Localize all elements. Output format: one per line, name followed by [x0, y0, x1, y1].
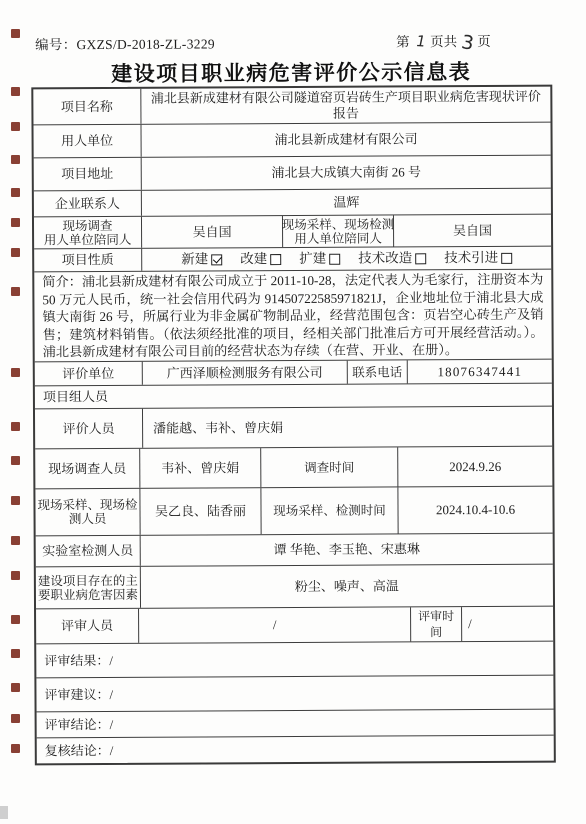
- red-square-mark-icon: [11, 218, 20, 227]
- table-row: 现场调查人员 韦补、曾庆娟 调查时间 2024.9.26: [35, 446, 552, 489]
- page-number-line: 第1页共3页: [396, 29, 491, 51]
- sampling-staff-label: 现场采样、现场检 测人员: [35, 489, 139, 536]
- option-tech-import: 技术引进: [444, 250, 512, 266]
- red-square-mark-icon: [11, 188, 20, 197]
- review-result-line: 评审结果：/: [36, 642, 553, 678]
- option-new-construction: 新建: [181, 251, 222, 267]
- table-row: 项目地址 浦北县大成镇大南街 26 号: [34, 155, 551, 191]
- survey-staff-value: 韦补、曾庆娟: [139, 448, 260, 488]
- survey-time-label: 调查时间: [260, 447, 397, 487]
- phone-value: 18076347441: [407, 360, 552, 384]
- table-row: 评价人员 潘能越、韦补、曾庆娟: [35, 406, 552, 449]
- option-tech-upgrade: 技术改造: [358, 250, 426, 266]
- table-row: 建设项目存在的主 要职业病危害因素 粉尘、噪声、高温: [36, 564, 553, 609]
- page-title: 建设项目职业病危害评价公示信息表: [0, 55, 584, 88]
- hazards-value: 粉尘、噪声、高温: [140, 565, 553, 608]
- survey-escort-label: 现场调查 用人单位陪同人: [34, 217, 141, 249]
- red-square-mark-icon: [11, 649, 20, 658]
- table-row: 评审建议：/: [36, 675, 553, 712]
- table-row: 实验室检测人员 谭 华艳、李玉艳、宋惠琳: [36, 533, 553, 567]
- red-square-mark-icon: [11, 29, 20, 38]
- company-intro-paragraph: 简介：浦北县新成建材有限公司成立于 2011-10-28，法定代表人为毛家行，注…: [34, 270, 551, 362]
- eval-staff-label: 评价人员: [35, 409, 142, 449]
- evaluator-value: 广西泽顺检测服务有限公司: [142, 361, 347, 385]
- red-square-mark-icon: [11, 456, 20, 465]
- red-square-mark-icon: [11, 248, 20, 257]
- page-mid: 页共: [430, 34, 457, 49]
- employer-label: 用人单位: [33, 125, 140, 158]
- review-staff-label: 评审人员: [36, 609, 138, 644]
- handwritten-page-number: 1: [414, 32, 427, 51]
- table-row: 项目名称 浦北县新成建材有限公司隧道窑页岩砖生产项目职业病危害现状评价报告: [33, 87, 550, 125]
- table-row: 评价单位 广西泽顺检测服务有限公司 联系电话 18076347441: [35, 359, 552, 386]
- sampling-time-value: 2024.10.4-10.6: [397, 487, 552, 534]
- red-square-mark-icon: [11, 287, 20, 296]
- checkbox-expand-icon: [329, 253, 340, 264]
- table-row: 评审结果：/: [36, 641, 553, 678]
- survey-time-value: 2024.9.26: [397, 447, 552, 487]
- red-square-mark-icon: [11, 714, 20, 723]
- evaluator-label: 评价单位: [35, 362, 142, 386]
- table-row: 现场调查 用人单位陪同人 吴自国 现场采样、现场检测 用人单位陪同人 吴自国: [34, 214, 551, 249]
- team-section-header: 项目组人员: [35, 384, 552, 409]
- address-value: 浦北县大成镇大南街 26 号: [141, 156, 551, 190]
- scanned-document-page: 编号：GXZS/D-2018-ZL-3229 第1页共3页 建设项目职业病危害评…: [0, 0, 586, 824]
- sampling-escort-value: 吴自国: [393, 215, 551, 247]
- contact-label: 企业联系人: [34, 191, 141, 217]
- survey-escort-value: 吴自国: [141, 216, 282, 248]
- red-square-mark-icon: [11, 87, 20, 96]
- red-square-mark-icon: [11, 744, 20, 753]
- project-nature-label: 项目性质: [34, 249, 141, 272]
- project-nature-options: 新建 改建 扩建 技术改造 技术引进: [141, 247, 551, 271]
- table-row: 用人单位 浦北县新成建材有限公司: [33, 122, 550, 158]
- recheck-conclusion-line: 复核结论：/: [37, 736, 554, 764]
- table-row: 项目组人员: [35, 383, 552, 409]
- red-square-mark-icon: [11, 683, 20, 692]
- checkbox-tech-import-icon: [501, 252, 512, 263]
- table-row: 企业联系人 温辉: [34, 188, 551, 217]
- hazards-label: 建设项目存在的主 要职业病危害因素: [36, 567, 140, 609]
- table-row: 评审人员 / 评审时间 /: [36, 606, 553, 644]
- review-time-value: /: [461, 607, 553, 641]
- page-prefix: 第: [396, 34, 410, 49]
- table-row: 简介：浦北县新成建材有限公司成立于 2011-10-28，法定代表人为毛家行，注…: [34, 269, 551, 362]
- table-row: 项目性质 新建 改建 扩建 技术改造 技术引进: [34, 246, 551, 272]
- checkbox-rebuild-icon: [270, 254, 281, 265]
- sampling-time-label: 现场采样、检测时间: [260, 487, 397, 534]
- red-square-mark-icon: [11, 536, 20, 545]
- option-rebuild: 改建: [240, 251, 281, 267]
- review-advice-line: 评审建议：/: [36, 676, 553, 712]
- sampling-staff-value: 吴乙良、陆香丽: [139, 488, 260, 535]
- sampling-escort-label: 现场采样、现场检测 用人单位陪同人: [282, 215, 393, 247]
- review-time-label: 评审时间: [410, 607, 461, 641]
- red-square-mark-icon: [11, 496, 20, 505]
- red-square-mark-icon: [11, 571, 20, 580]
- project-name-value: 浦北县新成建材有限公司隧道窑页岩砖生产项目职业病危害现状评价报告: [140, 87, 550, 124]
- review-conclusion-line: 评审结论：/: [37, 710, 554, 738]
- scan-corner-artifact: [0, 806, 8, 819]
- form-table: 项目名称 浦北县新成建材有限公司隧道窑页岩砖生产项目职业病危害现状评价报告 用人…: [31, 85, 556, 766]
- red-square-mark-icon: [11, 368, 20, 377]
- option-expand: 扩建: [299, 251, 340, 267]
- red-square-mark-icon: [11, 155, 20, 164]
- employer-value: 浦北县新成建材有限公司: [140, 123, 550, 157]
- contact-value: 温辉: [141, 189, 551, 216]
- handwritten-total-pages: 3: [460, 31, 476, 55]
- review-staff-value: /: [138, 607, 410, 642]
- table-row: 评审结论：/: [37, 709, 554, 738]
- red-square-mark-icon: [11, 122, 20, 131]
- survey-staff-label: 现场调查人员: [35, 449, 139, 489]
- table-row: 复核结论：/: [37, 735, 554, 764]
- table-row: 现场采样、现场检 测人员 吴乙良、陆香丽 现场采样、检测时间 2024.10.4…: [35, 486, 552, 536]
- checkbox-tech-upgrade-icon: [415, 253, 426, 264]
- lab-staff-value: 谭 华艳、李玉艳、宋惠琳: [140, 534, 553, 566]
- phone-label: 联系电话: [347, 360, 407, 383]
- red-square-mark-icon: [11, 615, 20, 624]
- eval-staff-value: 潘能越、韦补、曾庆娟: [142, 407, 552, 448]
- red-square-mark-icon: [11, 422, 20, 431]
- project-name-label: 项目名称: [33, 89, 140, 125]
- page-suffix: 页: [477, 34, 491, 49]
- lab-staff-label: 实验室检测人员: [36, 536, 140, 567]
- doc-number: 编号：GXZS/D-2018-ZL-3229: [35, 32, 215, 53]
- address-label: 项目地址: [34, 158, 141, 191]
- checkbox-new-checked-icon: [211, 254, 222, 265]
